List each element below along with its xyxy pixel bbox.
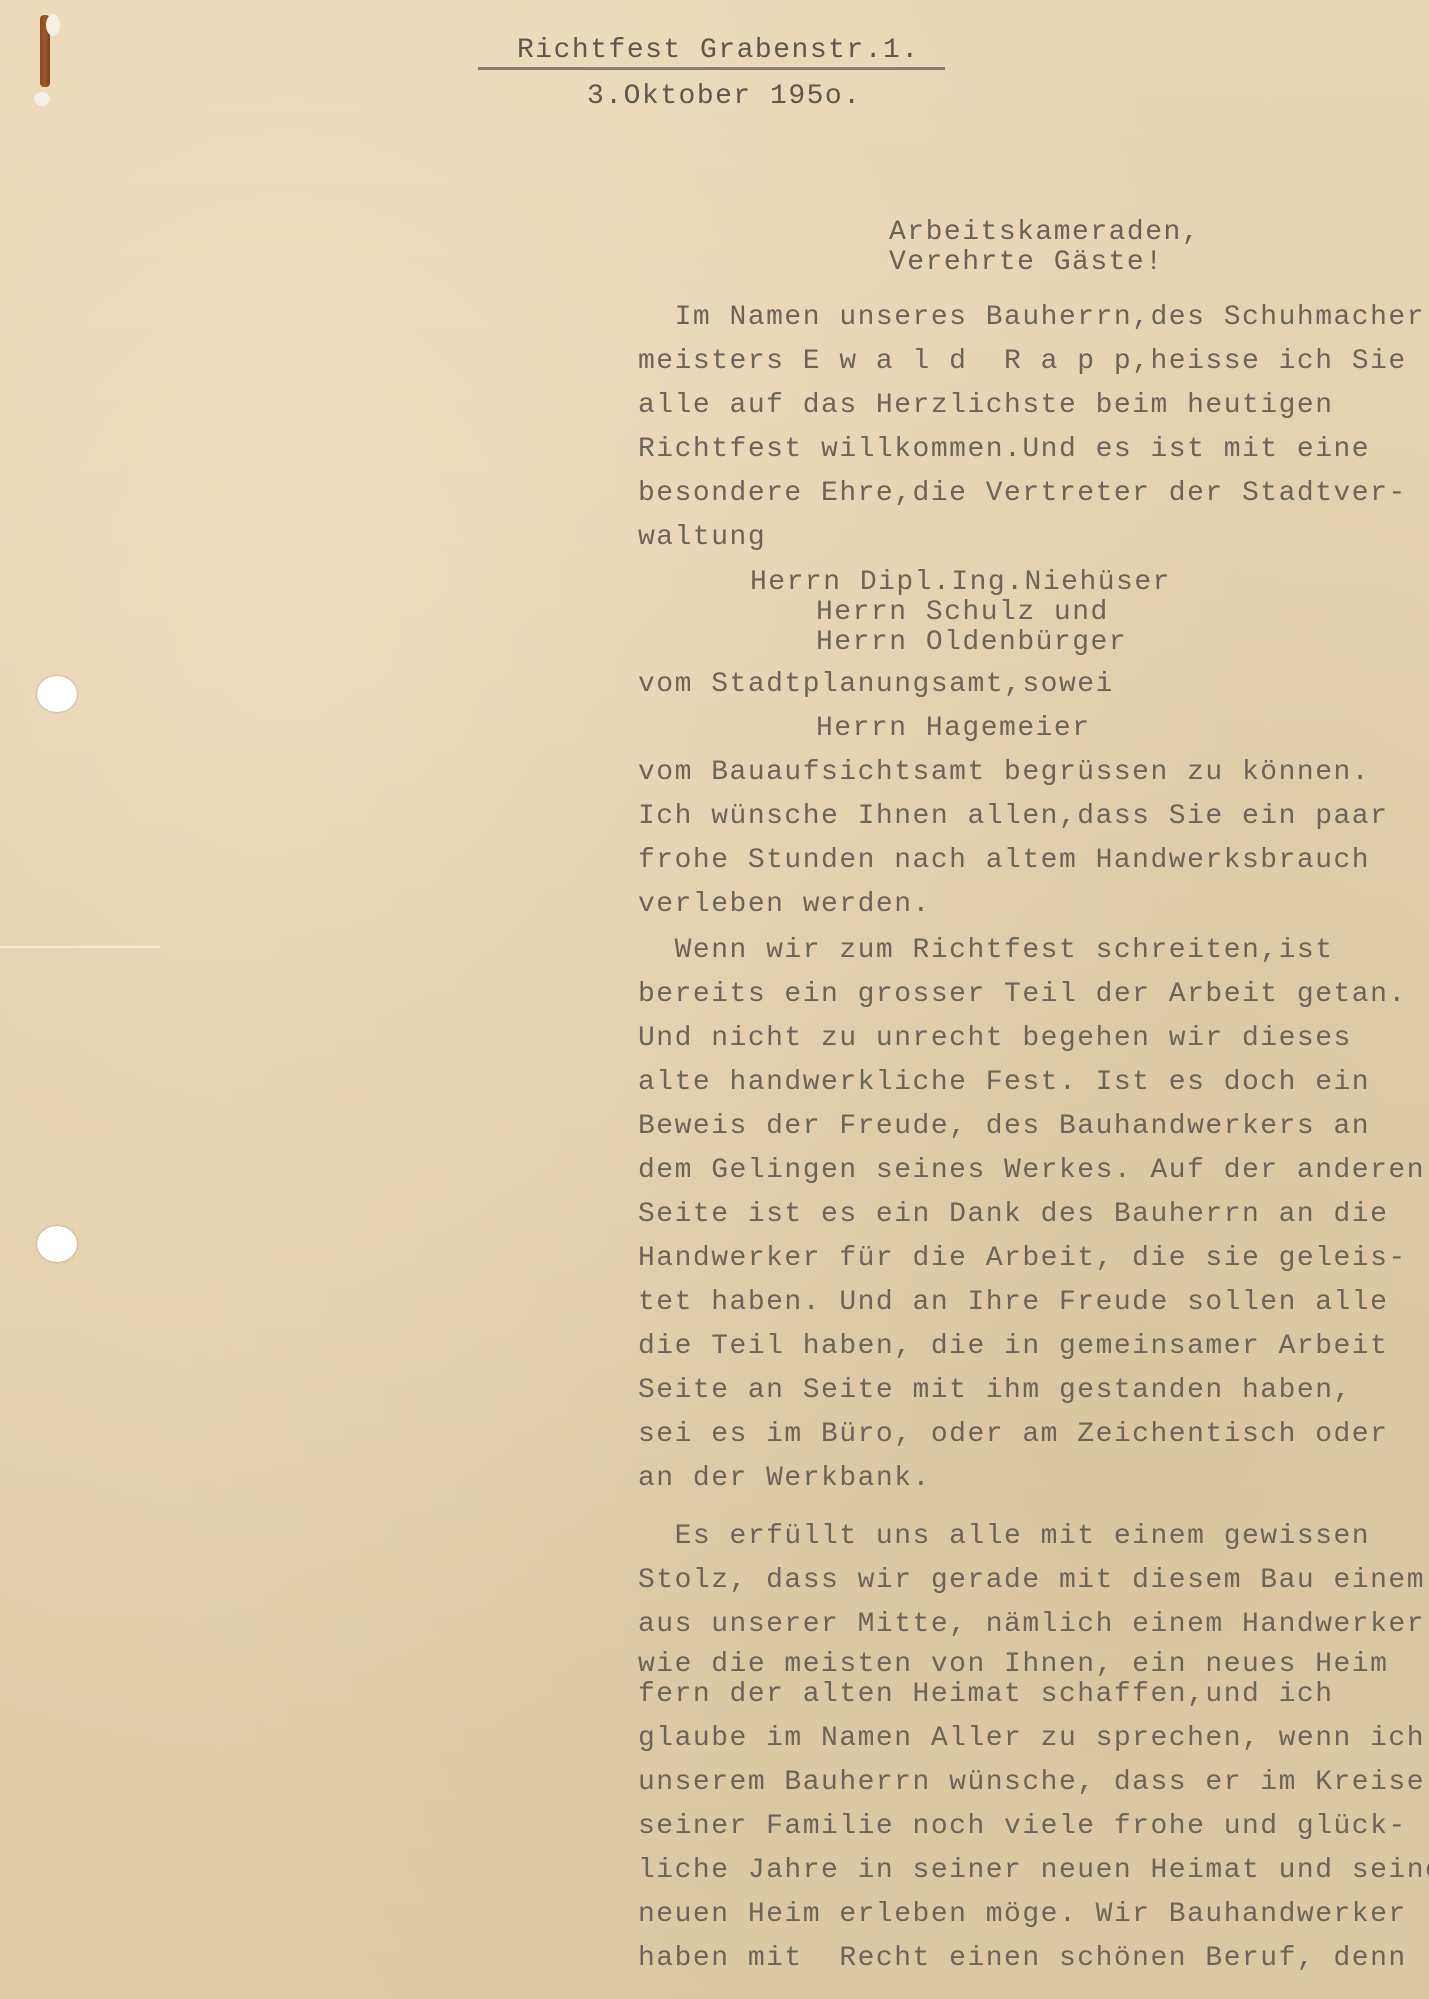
body-line: Handwerker für die Arbeit, die sie gelei… — [638, 1244, 1407, 1274]
body-line: sei es im Büro, oder am Zeichentisch ode… — [638, 1420, 1388, 1450]
body-line: dem Gelingen seines Werkes. Auf der ande… — [638, 1156, 1425, 1186]
body-line: Seite ist es ein Dank des Bauherrn an di… — [638, 1200, 1388, 1230]
body-line: Herrn Schulz und — [816, 598, 1109, 628]
body-line: Herrn Hagemeier — [816, 714, 1091, 744]
body-line: besondere Ehre,die Vertreter der Stadtve… — [638, 479, 1407, 509]
body-line: Im Namen unseres Bauherrn,des Schuhmache… — [638, 303, 1429, 333]
body-line: alte handwerkliche Fest. Ist es doch ein — [638, 1068, 1370, 1098]
body-line: die Teil haben, die in gemeinsamer Arbei… — [638, 1332, 1388, 1362]
body-line: vom Bauaufsichtsamt begrüssen zu können. — [638, 758, 1370, 788]
body-line: Wenn wir zum Richtfest schreiten,ist — [638, 936, 1334, 966]
body-line: Herrn Oldenbürger — [816, 628, 1127, 658]
body-line: waltung — [638, 523, 766, 553]
body-line: an der Werkbank. — [638, 1464, 931, 1494]
body-line: seiner Familie noch viele frohe und glüc… — [638, 1812, 1407, 1842]
body-line: liche Jahre in seiner neuen Heimat und s… — [638, 1856, 1429, 1886]
staple-hole-bottom — [34, 92, 50, 106]
body-line: glaube im Namen Aller zu sprechen, wenn … — [638, 1724, 1425, 1754]
punch-hole-lower — [37, 1226, 77, 1262]
body-line: verleben werden. — [638, 890, 931, 920]
body-line: aus unserer Mitte, nämlich einem Handwer… — [638, 1610, 1425, 1640]
body-line: haben mit Recht einen schönen Beruf, den… — [638, 1944, 1407, 1974]
document-date: 3.Oktober 195o. — [587, 82, 862, 112]
body-line: bereits ein grosser Teil der Arbeit geta… — [638, 980, 1407, 1010]
body-line: neuen Heim erleben möge. Wir Bauhandwerk… — [638, 1900, 1407, 1930]
body-line: Herrn Dipl.Ing.Niehüser — [750, 568, 1171, 598]
body-line: unserem Bauherrn wünsche, dass er im Kre… — [638, 1768, 1425, 1798]
body-line: fern der alten Heimat schaffen,und ich — [638, 1680, 1334, 1710]
body-line: Es erfüllt uns alle mit einem gewissen — [638, 1522, 1370, 1552]
body-line: Beweis der Freude, des Bauhandwerkers an — [638, 1112, 1370, 1142]
title-underline — [478, 67, 945, 70]
body-line: wie die meisten von Ihnen, ein neues Hei… — [638, 1650, 1388, 1680]
staple-hole-top — [46, 14, 60, 36]
punch-hole-upper — [37, 676, 77, 712]
salutation-line-1: Arbeitskameraden, — [889, 218, 1200, 248]
body-line: alle auf das Herzlichste beim heutigen — [638, 391, 1334, 421]
body-line: meisters E w a l d R a p p,heisse ich Si… — [638, 347, 1407, 377]
document-title: Richtfest Grabenstr.1. — [517, 36, 920, 66]
body-line: tet haben. Und an Ihre Freude sollen all… — [638, 1288, 1388, 1318]
paper-crease — [0, 946, 160, 948]
body-line: Stolz, dass wir gerade mit diesem Bau ei… — [638, 1566, 1425, 1596]
body-line: Seite an Seite mit ihm gestanden haben, — [638, 1376, 1352, 1406]
body-line: vom Stadtplanungsamt,sowei — [638, 670, 1114, 700]
body-line: frohe Stunden nach altem Handwerksbrauch — [638, 846, 1370, 876]
body-line: Richtfest willkommen.Und es ist mit eine — [638, 435, 1370, 465]
body-line: Ich wünsche Ihnen allen,dass Sie ein paa… — [638, 802, 1388, 832]
salutation-line-2: Verehrte Gäste! — [889, 248, 1164, 278]
body-line: Und nicht zu unrecht begehen wir dieses — [638, 1024, 1352, 1054]
